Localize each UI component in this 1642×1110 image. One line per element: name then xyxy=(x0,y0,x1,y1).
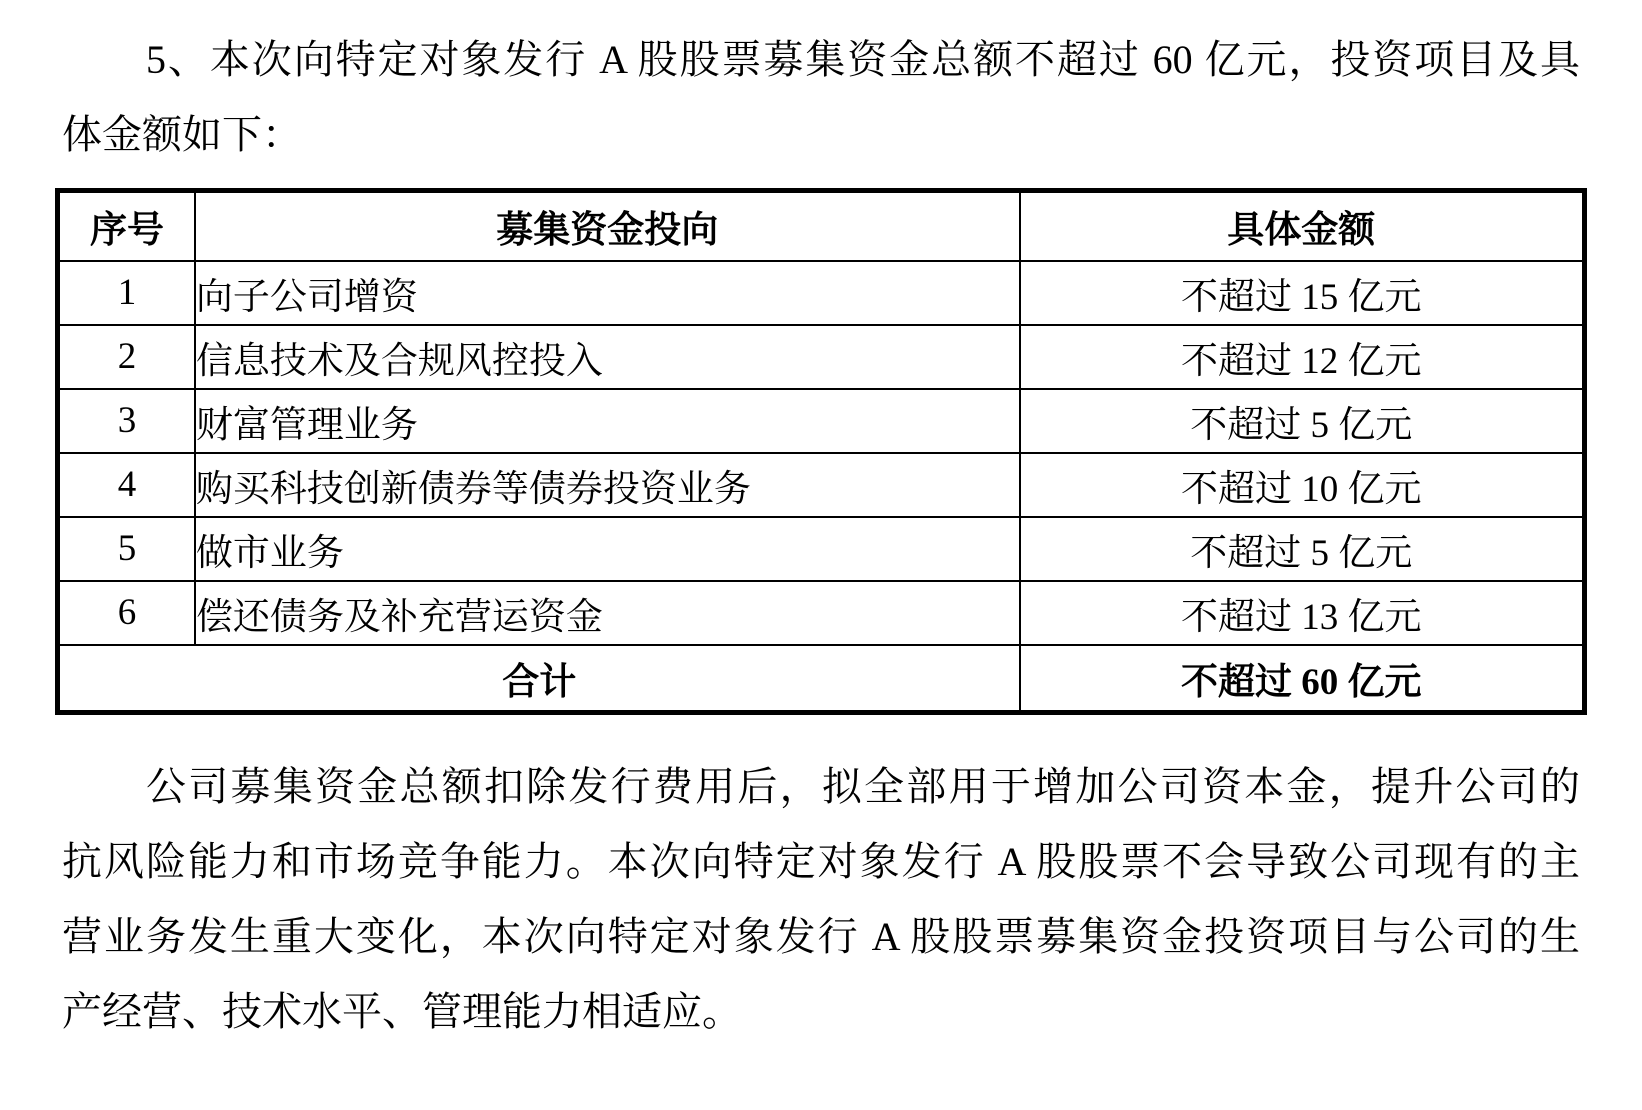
paragraph-2-line-1: 公司募集资金总额扣除发行费用后，拟全部用于增加公司资本金，提升公司的 xyxy=(62,749,1580,824)
header-cell-no: 序号 xyxy=(58,191,195,261)
total-amount: 不超过 60 亿元 xyxy=(1020,645,1585,713)
cell-amount: 不超过 5 亿元 xyxy=(1020,389,1585,453)
cell-amount: 不超过 10 亿元 xyxy=(1020,453,1585,517)
paragraph-1: 5、本次向特定对象发行 A 股股票募集资金总额不超过 60 亿元，投资项目及具 … xyxy=(62,22,1580,172)
cell-project: 财富管理业务 xyxy=(195,389,1020,453)
table-header-row: 序号 募集资金投向 具体金额 xyxy=(58,191,1585,261)
header-cell-project: 募集资金投向 xyxy=(195,191,1020,261)
cell-project: 做市业务 xyxy=(195,517,1020,581)
table-row: 6 偿还债务及补充营运资金 不超过 13 亿元 xyxy=(58,581,1585,645)
total-label: 合计 xyxy=(58,645,1020,713)
cell-no: 3 xyxy=(58,389,195,453)
cell-no: 5 xyxy=(58,517,195,581)
paragraph-2-line-2: 抗风险能力和市场竞争能力。本次向特定对象发行 A 股股票不会导致公司现有的主 xyxy=(62,824,1580,899)
cell-project: 偿还债务及补充营运资金 xyxy=(195,581,1020,645)
table-row: 1 向子公司增资 不超过 15 亿元 xyxy=(58,261,1585,325)
cell-amount: 不超过 5 亿元 xyxy=(1020,517,1585,581)
cell-no: 1 xyxy=(58,261,195,325)
header-cell-amount: 具体金额 xyxy=(1020,191,1585,261)
table-row: 4 购买科技创新债券等债券投资业务 不超过 10 亿元 xyxy=(58,453,1585,517)
document-page: 5、本次向特定对象发行 A 股股票募集资金总额不超过 60 亿元，投资项目及具 … xyxy=(0,0,1642,1110)
table-total-row: 合计 不超过 60 亿元 xyxy=(58,645,1585,713)
paragraph-1-line-2: 体金额如下： xyxy=(62,97,1580,172)
cell-no: 2 xyxy=(58,325,195,389)
cell-amount: 不超过 15 亿元 xyxy=(1020,261,1585,325)
paragraph-2: 公司募集资金总额扣除发行费用后，拟全部用于增加公司资本金，提升公司的 抗风险能力… xyxy=(62,749,1580,1049)
paragraph-2-line-4: 产经营、技术水平、管理能力相适应。 xyxy=(62,974,1580,1049)
cell-no: 6 xyxy=(58,581,195,645)
paragraph-2-line-3: 营业务发生重大变化，本次向特定对象发行 A 股股票募集资金投资项目与公司的生 xyxy=(62,899,1580,974)
cell-project: 购买科技创新债券等债券投资业务 xyxy=(195,453,1020,517)
table-row: 3 财富管理业务 不超过 5 亿元 xyxy=(58,389,1585,453)
cell-amount: 不超过 12 亿元 xyxy=(1020,325,1585,389)
paragraph-1-line-1: 5、本次向特定对象发行 A 股股票募集资金总额不超过 60 亿元，投资项目及具 xyxy=(62,22,1580,97)
table-row: 2 信息技术及合规风控投入 不超过 12 亿元 xyxy=(58,325,1585,389)
cell-amount: 不超过 13 亿元 xyxy=(1020,581,1585,645)
cell-no: 4 xyxy=(58,453,195,517)
cell-project: 信息技术及合规风控投入 xyxy=(195,325,1020,389)
table-row: 5 做市业务 不超过 5 亿元 xyxy=(58,517,1585,581)
cell-project: 向子公司增资 xyxy=(195,261,1020,325)
fundraising-allocation-table: 序号 募集资金投向 具体金额 1 向子公司增资 不超过 15 亿元 2 信息技术… xyxy=(55,188,1587,715)
